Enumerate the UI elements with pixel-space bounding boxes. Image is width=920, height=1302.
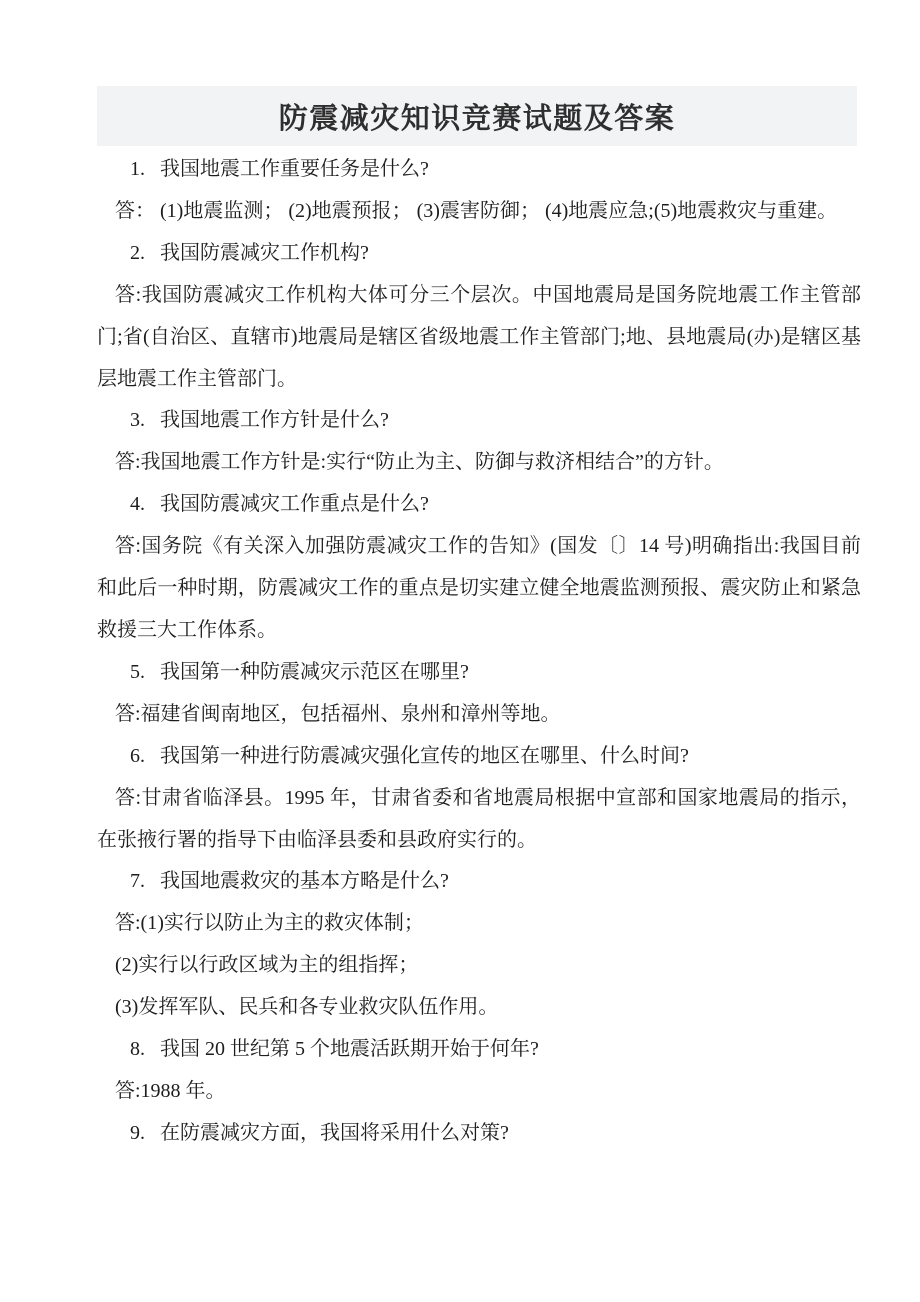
answer-text: 答:我国防震减灾工作机构大体可分三个层次。中国地震局是国务院地震工作主管部门;省…	[97, 284, 861, 390]
answer-text: 答:(1)实行以防止为主的救灾体制；	[115, 912, 424, 934]
question-number: 3.	[130, 409, 145, 431]
question-number: 2.	[130, 242, 145, 264]
question-paragraph: 8.我国 20 世纪第 5 个地震活跃期开始于何年?	[97, 1029, 861, 1071]
answer-paragraph: 答:(1)实行以防止为主的救灾体制；	[97, 903, 861, 945]
question-text: 我国第一种防震减灾示范区在哪里?	[160, 661, 469, 683]
answer-paragraph: (2)实行以行政区域为主的组指挥；	[97, 945, 861, 987]
answer-text: 答:1988 年。	[115, 1080, 226, 1102]
question-paragraph: 2.我国防震减灾工作机构?	[97, 233, 861, 275]
answer-text: 答:我国地震工作方针是:实行“防止为主、防御与救济相结合”的方针。	[115, 451, 724, 473]
question-paragraph: 4.我国防震减灾工作重点是什么?	[97, 484, 861, 526]
question-paragraph: 1.我国地震工作重要任务是什么?	[97, 149, 861, 191]
answer-text: 答:甘肃省临泽县。1995 年，甘肃省委和省地震局根据中宣部和国家地震局的指示，…	[97, 787, 861, 851]
answer-paragraph: 答： (1)地震监测； (2)地震预报； (3)震害防御； (4)地震应急;(5…	[97, 191, 861, 233]
question-paragraph: 3.我国地震工作方针是什么?	[97, 400, 861, 442]
question-number: 8.	[130, 1038, 145, 1060]
page-title: 防震减灾知识竞赛试题及答案	[279, 96, 676, 137]
question-text: 在防震减灾方面，我国将采用什么对策?	[160, 1122, 509, 1144]
question-text: 我国地震工作重要任务是什么?	[160, 158, 429, 180]
answer-text: (3)发挥军队、民兵和各专业救灾队伍作用。	[115, 996, 498, 1018]
question-number: 7.	[130, 870, 145, 892]
document-body: 1.我国地震工作重要任务是什么? 答： (1)地震监测； (2)地震预报； (3…	[97, 149, 861, 1155]
answer-text: (2)实行以行政区域为主的组指挥；	[115, 954, 418, 976]
answer-paragraph: 答:我国地震工作方针是:实行“防止为主、防御与救济相结合”的方针。	[97, 442, 861, 484]
question-number: 4.	[130, 493, 145, 515]
answer-paragraph: 答:福建省闽南地区，包括福州、泉州和漳州等地。	[97, 694, 861, 736]
question-text: 我国防震减灾工作重点是什么?	[160, 493, 429, 515]
question-text: 我国第一种进行防震减灾强化宣传的地区在哪里、什么时间?	[160, 745, 689, 767]
question-text: 我国地震工作方针是什么?	[160, 409, 389, 431]
answer-paragraph: (3)发挥军队、民兵和各专业救灾队伍作用。	[97, 987, 861, 1029]
answer-paragraph: 答:甘肃省临泽县。1995 年，甘肃省委和省地震局根据中宣部和国家地震局的指示，…	[97, 778, 861, 862]
answer-text: 答： (1)地震监测； (2)地震预报； (3)震害防御； (4)地震应急;(5…	[115, 200, 837, 222]
question-number: 9.	[130, 1122, 145, 1144]
title-bar: 防震减灾知识竞赛试题及答案	[97, 86, 857, 146]
question-number: 6.	[130, 745, 145, 767]
question-number: 5.	[130, 661, 145, 683]
question-text: 我国防震减灾工作机构?	[160, 242, 369, 264]
answer-text: 答:福建省闽南地区，包括福州、泉州和漳州等地。	[115, 703, 561, 725]
answer-paragraph: 答:1988 年。	[97, 1071, 861, 1113]
answer-paragraph: 答:我国防震减灾工作机构大体可分三个层次。中国地震局是国务院地震工作主管部门;省…	[97, 275, 861, 401]
answer-paragraph: 答:国务院《有关深入加强防震减灾工作的告知》(国发〔〕14 号)明确指出:我国目…	[97, 526, 861, 652]
answer-text: 答:国务院《有关深入加强防震减灾工作的告知》(国发〔〕14 号)明确指出:我国目…	[97, 535, 861, 641]
question-paragraph: 7.我国地震救灾的基本方略是什么?	[97, 861, 861, 903]
question-paragraph: 6.我国第一种进行防震减灾强化宣传的地区在哪里、什么时间?	[97, 736, 861, 778]
question-paragraph: 5.我国第一种防震减灾示范区在哪里?	[97, 652, 861, 694]
question-text: 我国地震救灾的基本方略是什么?	[160, 870, 449, 892]
question-text: 我国 20 世纪第 5 个地震活跃期开始于何年?	[160, 1038, 539, 1060]
question-number: 1.	[130, 158, 145, 180]
question-paragraph: 9.在防震减灾方面，我国将采用什么对策?	[97, 1113, 861, 1155]
